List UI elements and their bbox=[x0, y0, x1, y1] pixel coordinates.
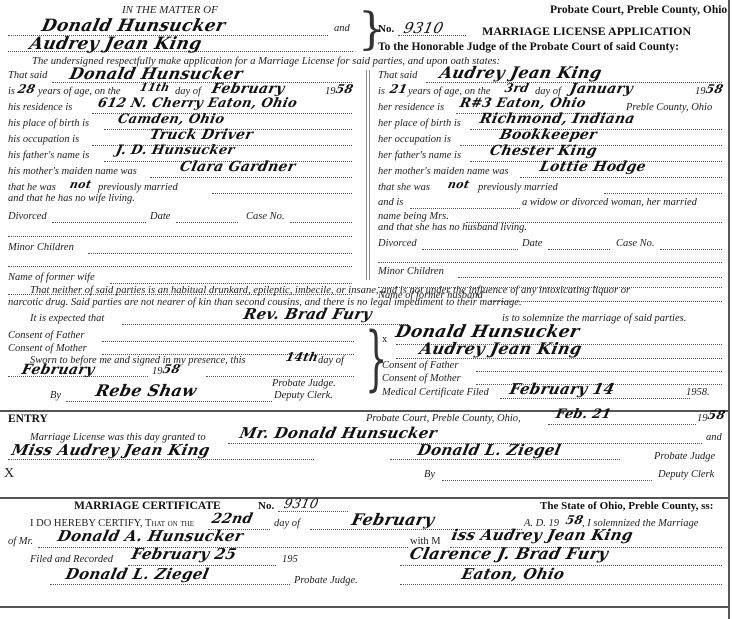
groom-divorced-line bbox=[52, 222, 146, 223]
oath-line-1: That neither of said parties is an habit… bbox=[30, 285, 630, 296]
bride-minor-children-line bbox=[458, 277, 722, 278]
granted-groom: Mr. Donald Hunsucker bbox=[238, 424, 439, 442]
bride-occupation-label: her occupation is bbox=[378, 134, 451, 145]
granted-bride: Miss Audrey Jean King bbox=[10, 441, 212, 459]
certify-day: 22nd bbox=[210, 511, 254, 527]
groom-date-label: Date bbox=[150, 211, 170, 222]
entry-x-mark: X bbox=[4, 466, 14, 482]
groom-birth-month: February bbox=[210, 81, 286, 97]
entry-divider bbox=[0, 410, 730, 412]
groom-father: J. D. Hunsucker bbox=[114, 143, 236, 158]
filed-year: 195 bbox=[282, 554, 298, 565]
entry-court-date-label: Probate Court, Preble County, Ohio, bbox=[366, 413, 521, 424]
certificate-judge-line bbox=[50, 584, 290, 585]
groom-divorced-label: Divorced bbox=[8, 211, 47, 222]
entry-deputy-clerk-label: Deputy Clerk bbox=[658, 469, 714, 480]
certificate-judge-signature: Donald L. Ziegel bbox=[64, 565, 211, 583]
groom-mother: Clara Gardner bbox=[178, 159, 297, 175]
bride-and-is-line bbox=[410, 208, 520, 209]
bride-occupation: Bookkeeper bbox=[498, 127, 598, 143]
entry-year: 58 bbox=[707, 408, 727, 422]
consent-father-label-left: Consent of Father bbox=[8, 330, 84, 341]
groom-former-wife-label: Name of former wife bbox=[8, 272, 95, 283]
deputy-clerk-label-left: Deputy Clerk. bbox=[274, 390, 333, 401]
bride-mother-line bbox=[520, 177, 722, 178]
certify-month: February bbox=[350, 510, 436, 529]
certificate-officiant: Clarence J. Brad Fury bbox=[408, 544, 610, 563]
marriage-record-document: IN THE MATTER OF Donald Hunsucker and Au… bbox=[0, 0, 732, 619]
entry-by-label: By bbox=[424, 469, 435, 480]
groom-birthplace-label: his place of birth is bbox=[8, 118, 89, 129]
entry-judge-signature: Donald L. Ziegel bbox=[416, 441, 563, 459]
groom-signature-x: x bbox=[382, 334, 387, 345]
groom-that-said-label: That said bbox=[8, 70, 47, 81]
bride-name-being-label: name being Mrs. bbox=[378, 211, 449, 222]
groom-date-line bbox=[176, 222, 238, 223]
groom-blank-line-2 bbox=[8, 266, 352, 267]
groom-prev-married-suffix: previously married bbox=[98, 182, 178, 193]
groom-residence-label: his residence is bbox=[8, 102, 72, 113]
filed-date: February 25 bbox=[130, 545, 238, 563]
bride-former-husband-line bbox=[490, 301, 722, 302]
header-groom-name: Donald Hunsucker bbox=[40, 16, 227, 36]
groom-case-line bbox=[290, 222, 352, 223]
certificate-probate-judge-label: Probate Judge. bbox=[294, 575, 358, 586]
officiant-place-line bbox=[400, 584, 722, 585]
medical-cert-date: February 14 bbox=[508, 380, 616, 398]
sworn-month: February bbox=[20, 362, 96, 378]
bride-no-husband-label: and that she has no husband living. bbox=[378, 222, 527, 233]
bride-birth-day: 3rd bbox=[504, 81, 531, 95]
bride-signature: Audrey Jean King bbox=[418, 339, 584, 358]
probate-judge-line-left bbox=[206, 376, 354, 377]
bride-date-line bbox=[548, 249, 610, 250]
sworn-day-of-label: day of bbox=[318, 355, 344, 366]
bride-age: 21 bbox=[389, 82, 409, 96]
right-border bbox=[728, 0, 730, 619]
groom-former-wife-line bbox=[110, 283, 352, 284]
addressee: To the Honorable Judge of the Probate Co… bbox=[378, 41, 679, 53]
bride-birthplace: Richmond, Indiana bbox=[478, 111, 636, 127]
by-label-left: By bbox=[50, 390, 61, 401]
entry-year-prefix: 19 bbox=[697, 413, 708, 424]
certificate-divider bbox=[0, 497, 730, 499]
clerk-signature: Rebe Shaw bbox=[94, 381, 198, 400]
bride-prev-married-prefix: that she was bbox=[378, 182, 430, 193]
probate-judge-label-left: Probate Judge. bbox=[272, 378, 336, 389]
groom-minor-children-label: Minor Children bbox=[8, 242, 74, 253]
groom-prev-married-line bbox=[212, 193, 352, 194]
medical-cert-line bbox=[500, 398, 690, 399]
center-divider bbox=[366, 70, 367, 280]
header-bride-name: Audrey Jean King bbox=[28, 34, 204, 54]
license-number: 9310 bbox=[402, 19, 445, 37]
granted-bride-line bbox=[8, 459, 314, 460]
consent-father-line-right bbox=[476, 371, 722, 372]
filed-label: Filed and Recorded bbox=[30, 554, 113, 565]
bride-divorced-label: Divorced bbox=[378, 238, 417, 249]
groom-year: 58 bbox=[335, 82, 355, 96]
bride-prev-married-line bbox=[604, 193, 722, 194]
bottom-border bbox=[0, 606, 730, 608]
entry-by-line bbox=[442, 480, 652, 481]
groom-occupation-label: his occupation is bbox=[8, 134, 79, 145]
bride-year: 58 bbox=[705, 82, 725, 96]
entry-probate-judge-label: Probate Judge bbox=[654, 451, 715, 462]
groom-birth-day: 11th bbox=[139, 81, 171, 94]
bride-that-said-label: That said bbox=[378, 70, 417, 81]
certificate-groom: Donald A. Hunsucker bbox=[56, 527, 245, 545]
bride-minor-children-label: Minor Children bbox=[378, 266, 444, 277]
bride-and-is-label: and is bbox=[378, 197, 403, 208]
bride-mother-label: her mother's maiden name was bbox=[378, 166, 509, 177]
no-label: No. bbox=[378, 23, 394, 35]
certificate-title: MARRIAGE CERTIFICATE bbox=[74, 500, 221, 512]
bride-father: Chester King bbox=[488, 143, 598, 159]
entry-date-line bbox=[548, 424, 696, 425]
groom-prev-married-prefix: that he was bbox=[8, 182, 56, 193]
bride-prev-married: not bbox=[447, 178, 471, 191]
bride-residence-label: her residence is bbox=[378, 102, 444, 113]
groom-age: 28 bbox=[17, 82, 37, 96]
bride-case-label: Case No. bbox=[616, 238, 655, 249]
groom-case-label: Case No. bbox=[246, 211, 285, 222]
bride-widow-label: a widow or divorced woman, her married bbox=[522, 197, 697, 208]
groom-is-label: is bbox=[8, 86, 15, 97]
sworn-year: 58 bbox=[162, 362, 182, 376]
bride-blank-line-1 bbox=[378, 262, 722, 263]
bride-birthplace-label: her place of birth is bbox=[378, 118, 461, 129]
bride-date-label: Date bbox=[522, 238, 542, 249]
bride-birth-month: January bbox=[568, 81, 634, 97]
bride-father-label: her father's name is bbox=[378, 150, 461, 161]
bride-signature-line bbox=[396, 358, 722, 359]
certificate-no-label: No. bbox=[258, 500, 274, 512]
groom-blank-line-1 bbox=[8, 236, 352, 237]
bride-case-line bbox=[660, 249, 722, 250]
groom-minor-children-line bbox=[88, 253, 352, 254]
medical-cert-year: 1958. bbox=[686, 387, 710, 398]
groom-residence: 612 N. Cherry Eaton, Ohio bbox=[96, 96, 298, 111]
certificate-bride: iss Audrey Jean King bbox=[450, 526, 635, 544]
center-divider-2 bbox=[369, 70, 370, 280]
groom-prev-married: not bbox=[69, 178, 93, 191]
entry-title: ENTRY bbox=[8, 413, 48, 425]
clerk-sig-line bbox=[66, 401, 272, 402]
entry-judge-line bbox=[390, 459, 620, 460]
bride-residence-suffix: Preble County, Ohio bbox=[626, 102, 712, 113]
groom-birthplace: Camden, Ohio bbox=[116, 112, 226, 127]
groom-occupation: Truck Driver bbox=[148, 127, 254, 143]
bride-prev-married-suffix: previously married bbox=[478, 182, 558, 193]
in-the-matter-of-label: IN THE MATTER OF bbox=[122, 4, 218, 16]
officiant-name: Rev. Brad Fury bbox=[242, 305, 374, 323]
bride-divorced-line bbox=[422, 249, 518, 250]
header-and-label: and bbox=[334, 23, 350, 34]
state-label: The State of Ohio, Preble County, ss: bbox=[540, 500, 713, 512]
groom-mother-line bbox=[150, 177, 352, 178]
medical-cert-label: Medical Certificate Filed bbox=[382, 387, 489, 398]
expected-label: It is expected that bbox=[30, 313, 104, 324]
form-title: MARRIAGE LICENSE APPLICATION bbox=[482, 24, 691, 39]
court-label: Probate Court, Preble County, Ohio bbox=[550, 4, 727, 16]
bride-mother: Lottie Hodge bbox=[538, 159, 647, 175]
groom-mother-label: his mother's maiden name was bbox=[8, 166, 137, 177]
certificate-no: 9310 bbox=[282, 497, 319, 512]
entry-and-label: and bbox=[706, 432, 722, 443]
bride-name: Audrey Jean King bbox=[438, 63, 604, 82]
entry-date: Feb. 21 bbox=[554, 407, 612, 422]
sworn-day: 14th bbox=[285, 350, 320, 364]
of-mr-label: of Mr. bbox=[8, 536, 33, 547]
certificate-officiant-place: Eaton, Ohio bbox=[460, 565, 566, 583]
consent-mother-label-right: Consent of Mother bbox=[382, 373, 461, 384]
consent-mother-label-left: Consent of Mother bbox=[8, 343, 87, 354]
groom-father-label: his father's name is bbox=[8, 150, 89, 161]
bride-is-label: is bbox=[378, 86, 385, 97]
consent-father-line-left bbox=[102, 341, 354, 342]
consent-father-label-right: Consent of Father bbox=[382, 360, 458, 371]
bride-residence: R#3 Eaton, Ohio bbox=[458, 96, 587, 111]
certify-day-of-label: day of bbox=[274, 518, 300, 529]
oath-brace: } bbox=[365, 318, 387, 398]
groom-no-wife-label: and that he has no wife living. bbox=[8, 193, 135, 204]
